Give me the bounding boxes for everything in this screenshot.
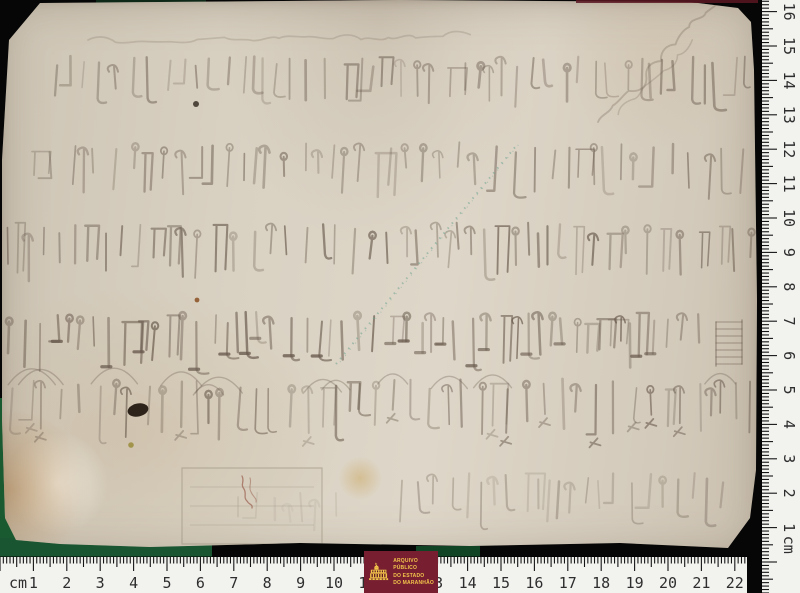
ruler-number: 12 bbox=[780, 140, 798, 158]
archive-logo-text: ARQUIVO PÚBLICO DO ESTADO DO MARANHÃO bbox=[393, 558, 434, 587]
ruler-number: 9 bbox=[296, 574, 305, 592]
ruler-number: 2 bbox=[780, 489, 798, 498]
archive-building-icon bbox=[368, 558, 389, 586]
ruler-number: 14 bbox=[459, 574, 477, 592]
right-ruler: cm12345678910111213141516 bbox=[762, 0, 800, 593]
ruler-number: 13 bbox=[780, 106, 798, 124]
ruler-number: cm bbox=[9, 574, 27, 592]
ruler-number: 20 bbox=[659, 574, 677, 592]
ruler-number: 14 bbox=[780, 71, 798, 89]
ruler-number: 10 bbox=[780, 209, 798, 227]
archive-scan-photo: cm12345678910111213141516171819202122 cm… bbox=[0, 0, 800, 593]
ruler-number: 7 bbox=[229, 574, 238, 592]
ruler-number: 21 bbox=[692, 574, 710, 592]
script-row bbox=[7, 223, 754, 282]
ruler-number: 5 bbox=[162, 574, 171, 592]
teal-developer-line bbox=[336, 144, 519, 364]
ruler-number: 1 bbox=[29, 574, 38, 592]
ruler-number: 11 bbox=[780, 175, 798, 193]
ruler-number: 15 bbox=[780, 37, 798, 55]
logo-text-line: PÚBLICO bbox=[393, 565, 434, 572]
ruler-number: 16 bbox=[525, 574, 543, 592]
ruler-number: 15 bbox=[492, 574, 510, 592]
ruler-number: 19 bbox=[626, 574, 644, 592]
ruler-number: 6 bbox=[196, 574, 205, 592]
ruler-number: 16 bbox=[780, 3, 798, 21]
ink-blot bbox=[126, 401, 149, 418]
archive-logo: ARQUIVO PÚBLICO DO ESTADO DO MARANHÃO bbox=[364, 551, 438, 593]
header-bleedthrough-scribble bbox=[88, 32, 470, 43]
ruler-number: 4 bbox=[780, 420, 798, 429]
ruler-number: 6 bbox=[780, 351, 798, 360]
ruler-number: 22 bbox=[726, 574, 744, 592]
script-row bbox=[32, 142, 743, 199]
logo-text-line: ARQUIVO bbox=[393, 558, 434, 565]
ruler-number: 18 bbox=[592, 574, 610, 592]
ruler-number: 5 bbox=[780, 385, 798, 394]
ruler-number: 7 bbox=[780, 317, 798, 326]
manuscript-ink-layer bbox=[0, 0, 760, 556]
ruler-number: 8 bbox=[780, 282, 798, 291]
ruler-number: 3 bbox=[96, 574, 105, 592]
ruler-number: 3 bbox=[780, 454, 798, 463]
foreign-edge-line bbox=[576, 0, 758, 3]
logo-text-line: DO MARANHÃO bbox=[393, 580, 434, 587]
ruler-number: 2 bbox=[62, 574, 71, 592]
right-ruler-ticks: cm12345678910111213141516 bbox=[762, 0, 800, 593]
ruler-number: 4 bbox=[129, 574, 138, 592]
ladder-mark bbox=[716, 320, 742, 366]
paper-sheet bbox=[0, 0, 760, 556]
ruler-number: cm bbox=[780, 536, 798, 554]
script-row bbox=[400, 473, 723, 529]
ruler-number: 17 bbox=[559, 574, 577, 592]
ruler-number: 1 bbox=[780, 523, 798, 532]
script-row bbox=[8, 368, 750, 447]
ruler-number: 9 bbox=[780, 248, 798, 257]
ruler-number: 8 bbox=[263, 574, 272, 592]
logo-text-line: DO ESTADO bbox=[393, 573, 434, 580]
ruler-number: 10 bbox=[325, 574, 343, 592]
